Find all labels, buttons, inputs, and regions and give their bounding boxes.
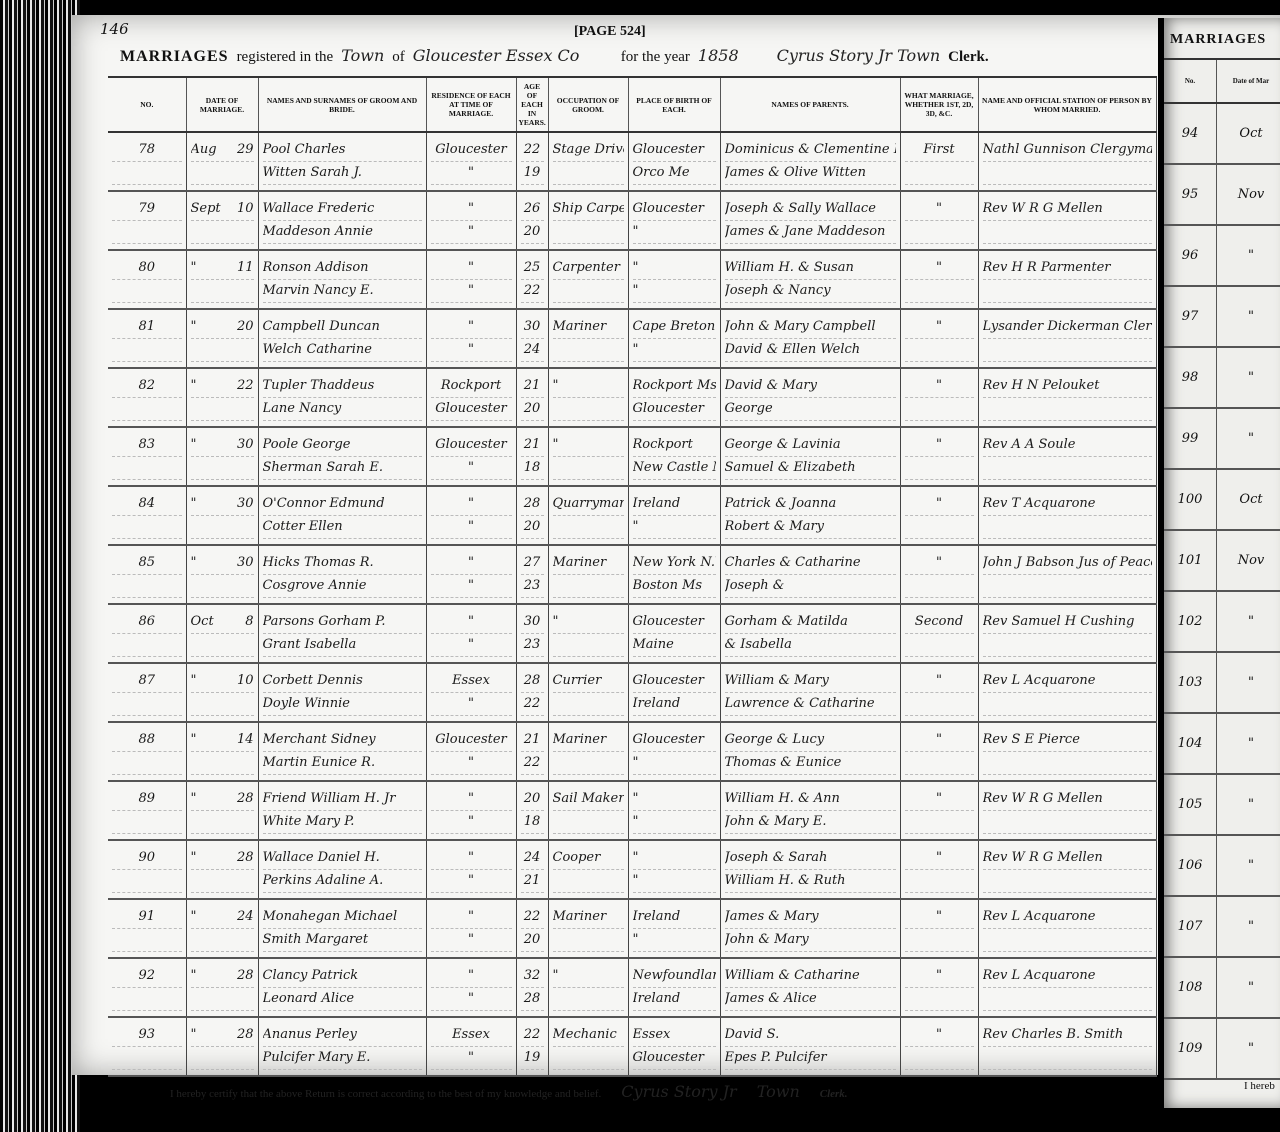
header-prefix: MARRIAGES [120,48,229,66]
footer-clerk-label: Clerk. [820,1088,848,1100]
groom-bride-names-line2: Martin Eunice R. [263,752,422,775]
occupation-line2 [553,811,624,834]
marriage-date-line2 [191,221,254,244]
entry-number-line1: 93 [112,1024,182,1047]
residence-line2: " [431,457,512,480]
entry-number: 91 [108,899,186,958]
officiant-line2 [983,634,1152,657]
marriage-date: "10 [186,663,258,722]
entry-number-line1: 84 [112,493,182,516]
age: 2822 [516,663,548,722]
parents-line1: William H. & Ann [725,788,896,811]
facing-table-row: 104" [1164,713,1280,774]
table-row: 89"28Friend William H. JrWhite Mary P.""… [108,781,1156,840]
officiant-line2 [983,162,1152,185]
birthplace: New York N.Y.Boston Ms [628,545,720,604]
facing-table-row: 99" [1164,408,1280,469]
entry-number-line1: 78 [112,139,182,162]
marriage-date-line2 [191,1047,254,1070]
parents-line2: Samuel & Elizabeth [725,457,896,480]
age-line2: 24 [521,339,544,362]
entry-number-line1: 91 [112,906,182,929]
facing-col-no: No. [1164,59,1217,103]
groom-bride-names-line1: Merchant Sidney [263,729,422,752]
officiant-line1: Rev W R G Mellen [983,847,1152,870]
residence-line1: Gloucester [431,139,512,162]
parents-line1: Patrick & Joanna [725,493,896,516]
parents: George & LaviniaSamuel & Elizabeth [720,427,900,486]
parents: William H. & AnnJohn & Mary E. [720,781,900,840]
facing-table-row: 97" [1164,286,1280,347]
age: 3023 [516,604,548,663]
parents-line1: Joseph & Sally Wallace [725,198,896,221]
facing-entry-number: 105 [1164,774,1217,835]
marriage-day: 10 [237,198,254,220]
parents: Charles & CatharineJoseph & [720,545,900,604]
facing-entry-number: 103 [1164,652,1217,713]
facing-entry-month: " [1217,591,1280,652]
marriage-month: Sept [191,201,221,216]
marriage-date-line: Oct8 [191,611,254,634]
entry-number-line1: 83 [112,434,182,457]
marriage-date: Aug29 [186,132,258,191]
marriage-date: "30 [186,545,258,604]
marriage-register-table: No. Date of Marriage. Names and Surnames… [108,76,1157,1077]
what-marriage: Second [900,604,978,663]
officiant: Rev T Acquarone [978,486,1156,545]
birthplace-line1: Gloucester [633,139,716,162]
marriage-date-line: "28 [191,965,254,988]
residence-line2: " [431,870,512,893]
parents-line1: Gorham & Matilda [725,611,896,634]
entry-number-line1: 86 [112,611,182,634]
groom-bride-names: Wallace FredericMaddeson Annie [258,191,426,250]
facing-entry-month: " [1217,347,1280,408]
facing-entry-month: Nov [1217,530,1280,591]
facing-table-row: 98" [1164,347,1280,408]
residence-line2: " [431,339,512,362]
entry-number: 82 [108,368,186,427]
occupation-line2 [553,1047,624,1070]
officiant-line2 [983,870,1152,893]
header-clerk-label: Clerk. [948,49,988,66]
occupation-line1: Carpenter [553,257,624,280]
marriage-date-line2 [191,457,254,480]
what-marriage: " [900,486,978,545]
marriage-date-line: "30 [191,434,254,457]
occupation-line1: Sail Maker [553,788,624,811]
marriage-month: " [191,319,197,334]
parents-line2: James & Alice [725,988,896,1011]
entry-number-line1: 85 [112,552,182,575]
groom-bride-names-line2: Sherman Sarah E. [263,457,422,480]
officiant-line2 [983,693,1152,716]
parents-line2: & Isabella [725,634,896,657]
marriage-month: Aug [191,142,217,157]
birthplace-line2: " [633,339,716,362]
groom-bride-names-line1: Parsons Gorham P. [263,611,422,634]
age-line2: 20 [521,398,544,421]
what-marriage-line1: " [905,906,974,929]
entry-number-line2 [112,988,182,1011]
what-marriage: " [900,1017,978,1076]
what-marriage: " [900,722,978,781]
what-marriage-line2 [905,457,974,480]
officiant: John J Babson Jus of Peace [978,545,1156,604]
facing-table-row: 95Nov [1164,164,1280,225]
birthplace-line2: Ireland [633,693,716,716]
col-no: No. [108,77,186,132]
groom-bride-names: Poole GeorgeSherman Sarah E. [258,427,426,486]
residence: RockportGloucester [426,368,516,427]
residence-line2: " [431,988,512,1011]
age: 3024 [516,309,548,368]
marriage-date: "22 [186,368,258,427]
age-line2: 19 [521,1047,544,1070]
what-marriage: " [900,191,978,250]
birthplace-line1: Rockport [633,434,716,457]
facing-entry-number: 100 [1164,469,1217,530]
birthplace-line2: Gloucester [633,398,716,421]
birthplace: GloucesterMaine [628,604,720,663]
birthplace-line1: " [633,257,716,280]
birthplace-line1: Ireland [633,906,716,929]
col-names: Names and Surnames of Groom and Bride. [258,77,426,132]
marriage-date-line: "10 [191,670,254,693]
officiant-line1: Rev Samuel H Cushing [983,611,1152,634]
entry-number: 88 [108,722,186,781]
groom-bride-names-line2: Welch Catharine [263,339,422,362]
parents: Dominicus & Clementine PoolJames & Olive… [720,132,900,191]
facing-entry-month: " [1217,957,1280,1018]
marriage-day: 22 [237,375,254,397]
parents-line2: Robert & Mary [725,516,896,539]
birthplace: Ireland" [628,899,720,958]
residence: "" [426,545,516,604]
parents-line1: Joseph & Sarah [725,847,896,870]
birthplace-line1: New York N.Y. [633,552,716,575]
header-registered-in: registered in the [237,49,334,66]
facing-entry-number: 97 [1164,286,1217,347]
marriage-date-line2 [191,811,254,834]
age: 2421 [516,840,548,899]
parents-line1: David & Mary [725,375,896,398]
entry-number-line1: 80 [112,257,182,280]
occupation: Stage Driver [548,132,628,191]
what-marriage-line1: First [905,139,974,162]
occupation: Cooper [548,840,628,899]
marriage-month: " [191,791,197,806]
marriage-date-line: "28 [191,847,254,870]
facing-entry-month: " [1217,1018,1280,1079]
parents-line2: George [725,398,896,421]
entry-number-line2 [112,339,182,362]
occupation-line2 [553,457,624,480]
facing-table-row: 103" [1164,652,1280,713]
parents: William H. & SusanJoseph & Nancy [720,250,900,309]
residence: "" [426,309,516,368]
birthplace-line2: " [633,929,716,952]
officiant-line2 [983,1047,1152,1070]
marriage-month: " [191,260,197,275]
facing-table-row: 102" [1164,591,1280,652]
marriage-date: "30 [186,486,258,545]
residence-line1: " [431,493,512,516]
birthplace-line2: Ireland [633,988,716,1011]
facing-entry-number: 95 [1164,164,1217,225]
facing-entry-number: 102 [1164,591,1217,652]
what-marriage-line2 [905,516,974,539]
birthplace: "" [628,840,720,899]
occupation-line2 [553,988,624,1011]
facing-entry-number: 108 [1164,957,1217,1018]
marriage-month: " [191,437,197,452]
age-line1: 30 [521,611,544,634]
table-row: 82"22Tupler ThaddeusLane NancyRockportGl… [108,368,1156,427]
header-clerk-name: Cyrus Story Jr Town [777,46,941,65]
marriage-month: " [191,909,197,924]
age-line1: 30 [521,316,544,339]
groom-bride-names-line1: Corbett Dennis [263,670,422,693]
occupation-line1: Currier [553,670,624,693]
birthplace-line1: Cape Breton Isl [633,316,716,339]
entry-number-line1: 90 [112,847,182,870]
residence: Gloucester" [426,132,516,191]
parents-line1: John & Mary Campbell [725,316,896,339]
marriage-day: 28 [237,965,254,987]
age: 2118 [516,427,548,486]
occupation-line2 [553,516,624,539]
residence: "" [426,781,516,840]
entry-number: 87 [108,663,186,722]
groom-bride-names: O'Connor EdmundCotter Ellen [258,486,426,545]
occupation-line1: Mariner [553,906,624,929]
residence-line1: Essex [431,1024,512,1047]
entry-number-line2 [112,280,182,303]
parents-line2: John & Mary [725,929,896,952]
occupation-line1: Stage Driver [553,139,624,162]
age-line2: 23 [521,634,544,657]
age-line1: 21 [521,434,544,457]
what-marriage-line2 [905,988,974,1011]
what-marriage-line1: " [905,729,974,752]
parents-line2: Joseph & Nancy [725,280,896,303]
birthplace-line2: " [633,752,716,775]
age-line1: 28 [521,493,544,516]
entry-number-line2 [112,811,182,834]
residence-line1: " [431,611,512,634]
residence-line2: Gloucester [431,398,512,421]
page-stamp: [PAGE 524] [574,24,646,40]
groom-bride-names: Campbell DuncanWelch Catharine [258,309,426,368]
marriage-date: "24 [186,899,258,958]
groom-bride-names-line1: Ronson Addison [263,257,422,280]
occupation: Quarryman [548,486,628,545]
age-line1: 32 [521,965,544,988]
entry-number-line1: 87 [112,670,182,693]
groom-bride-names-line2: Marvin Nancy E. [263,280,422,303]
age-line1: 20 [521,788,544,811]
what-marriage-line1: " [905,257,974,280]
what-marriage: " [900,958,978,1017]
table-row: 84"30O'Connor EdmundCotter Ellen""2820Qu… [108,486,1156,545]
birthplace-line2: " [633,811,716,834]
what-marriage-line2 [905,575,974,598]
occupation-line2 [553,280,624,303]
birthplace: RockportNew Castle Me [628,427,720,486]
marriage-month: " [191,378,197,393]
birthplace: Ireland" [628,486,720,545]
officiant-line1: Rev Charles B. Smith [983,1024,1152,1047]
age-line2: 20 [521,929,544,952]
marriage-month: " [191,496,197,511]
residence: "" [426,840,516,899]
facing-entry-number: 101 [1164,530,1217,591]
officiant-line1: Rev H N Pelouket [983,375,1152,398]
entry-number: 80 [108,250,186,309]
marriage-date-line: Aug29 [191,139,254,162]
groom-bride-names: Clancy PatrickLeonard Alice [258,958,426,1017]
marriage-day: 14 [237,729,254,751]
occupation: " [548,958,628,1017]
occupation-line2 [553,339,624,362]
age-line1: 21 [521,375,544,398]
marriage-date-line2 [191,280,254,303]
officiant-line2 [983,339,1152,362]
parents-line1: James & Mary [725,906,896,929]
certification-footer: I hereby certify that the above Return i… [170,1082,848,1101]
parents: George & LucyThomas & Eunice [720,722,900,781]
marriage-date: "14 [186,722,258,781]
entry-number: 83 [108,427,186,486]
marriage-date-line: "11 [191,257,254,280]
officiant-line1: Nathl Gunnison Clergyman [983,139,1152,162]
groom-bride-names: Corbett DennisDoyle Winnie [258,663,426,722]
age-line1: 22 [521,1024,544,1047]
occupation-line1: Mechanic [553,1024,624,1047]
facing-entry-number: 104 [1164,713,1217,774]
age-line2: 18 [521,457,544,480]
facing-page-footer: I hereb [1244,1080,1275,1092]
marriage-date: "30 [186,427,258,486]
facing-entry-month: " [1217,835,1280,896]
birthplace-line1: Essex [633,1024,716,1047]
what-marriage-line2 [905,280,974,303]
facing-table-row: 109" [1164,1018,1280,1079]
occupation-line2 [553,575,624,598]
what-marriage-line1: " [905,316,974,339]
parents-line1: William & Catharine [725,965,896,988]
marriage-date: "11 [186,250,258,309]
entry-number: 85 [108,545,186,604]
table-row: 85"30Hicks Thomas R.Cosgrove Annie""2723… [108,545,1156,604]
what-marriage-line1: " [905,1024,974,1047]
book-spine-edge [0,0,80,1132]
age-line2: 20 [521,221,544,244]
header-for-year-label: for the year [621,49,690,66]
facing-header-row: No. Date of Mar [1164,59,1280,103]
marriage-day: 28 [237,1024,254,1046]
age: 2122 [516,722,548,781]
residence-line1: " [431,847,512,870]
groom-bride-names-line2: Cosgrove Annie [263,575,422,598]
officiant-line2 [983,280,1152,303]
birthplace-line1: " [633,847,716,870]
marriage-date-line2 [191,988,254,1011]
entry-number-line2 [112,929,182,952]
groom-bride-names: Hicks Thomas R.Cosgrove Annie [258,545,426,604]
officiant: Rev Charles B. Smith [978,1017,1156,1076]
occupation-line2 [553,752,624,775]
officiant-line2 [983,929,1152,952]
groom-bride-names: Ananus PerleyPulcifer Mary E. [258,1017,426,1076]
occupation-line1: " [553,375,624,398]
officiant: Rev A A Soule [978,427,1156,486]
what-marriage-line1: " [905,375,974,398]
occupation-line2 [553,162,624,185]
marriage-date-line2 [191,693,254,716]
col-officiant: Name and Official Station of Person by w… [978,77,1156,132]
birthplace: "" [628,781,720,840]
table-row: 88"14Merchant SidneyMartin Eunice R.Glou… [108,722,1156,781]
parents-line2: Thomas & Eunice [725,752,896,775]
entry-number-line2 [112,693,182,716]
entry-number: 79 [108,191,186,250]
what-marriage-line2 [905,811,974,834]
residence-line1: Gloucester [431,729,512,752]
officiant-line2 [983,398,1152,421]
entry-number-line2 [112,870,182,893]
groom-bride-names-line1: Poole George [263,434,422,457]
parents-line1: Dominicus & Clementine Pool [725,139,896,162]
age-line2: 23 [521,575,544,598]
officiant-line1: Lysander Dickerman Clergyman [983,316,1152,339]
col-residence: Residence of each at time of Marriage. [426,77,516,132]
facing-entry-month: Oct [1217,103,1280,164]
occupation-line1: Quarryman [553,493,624,516]
age: 2018 [516,781,548,840]
parents-line1: George & Lavinia [725,434,896,457]
entry-number-line2 [112,1047,182,1070]
age-line1: 24 [521,847,544,870]
groom-bride-names: Parsons Gorham P.Grant Isabella [258,604,426,663]
facing-entry-month: " [1217,652,1280,713]
facing-page: MARRIAGES No. Date of Mar 94Oct95Nov96"9… [1158,18,1280,1108]
what-marriage-line2 [905,1047,974,1070]
residence: "" [426,486,516,545]
groom-bride-names-line2: Pulcifer Mary E. [263,1047,422,1070]
age: 2219 [516,1017,548,1076]
age-line2: 22 [521,693,544,716]
officiant-line2 [983,575,1152,598]
marriage-date-line: "24 [191,906,254,929]
residence-line2: " [431,162,512,185]
entry-number: 93 [108,1017,186,1076]
groom-bride-names-line1: Clancy Patrick [263,965,422,988]
residence: "" [426,250,516,309]
entry-number-line1: 79 [112,198,182,221]
entry-number: 90 [108,840,186,899]
birthplace-line2: Boston Ms [633,575,716,598]
entry-number-line2 [112,516,182,539]
marriage-date-line: "30 [191,552,254,575]
officiant-line1: Rev W R G Mellen [983,198,1152,221]
parents: James & MaryJohn & Mary [720,899,900,958]
facing-entry-month: Nov [1217,164,1280,225]
col-age: Age of each in Years. [516,77,548,132]
col-occupation: Occupation of Groom. [548,77,628,132]
groom-bride-names-line2: Doyle Winnie [263,693,422,716]
